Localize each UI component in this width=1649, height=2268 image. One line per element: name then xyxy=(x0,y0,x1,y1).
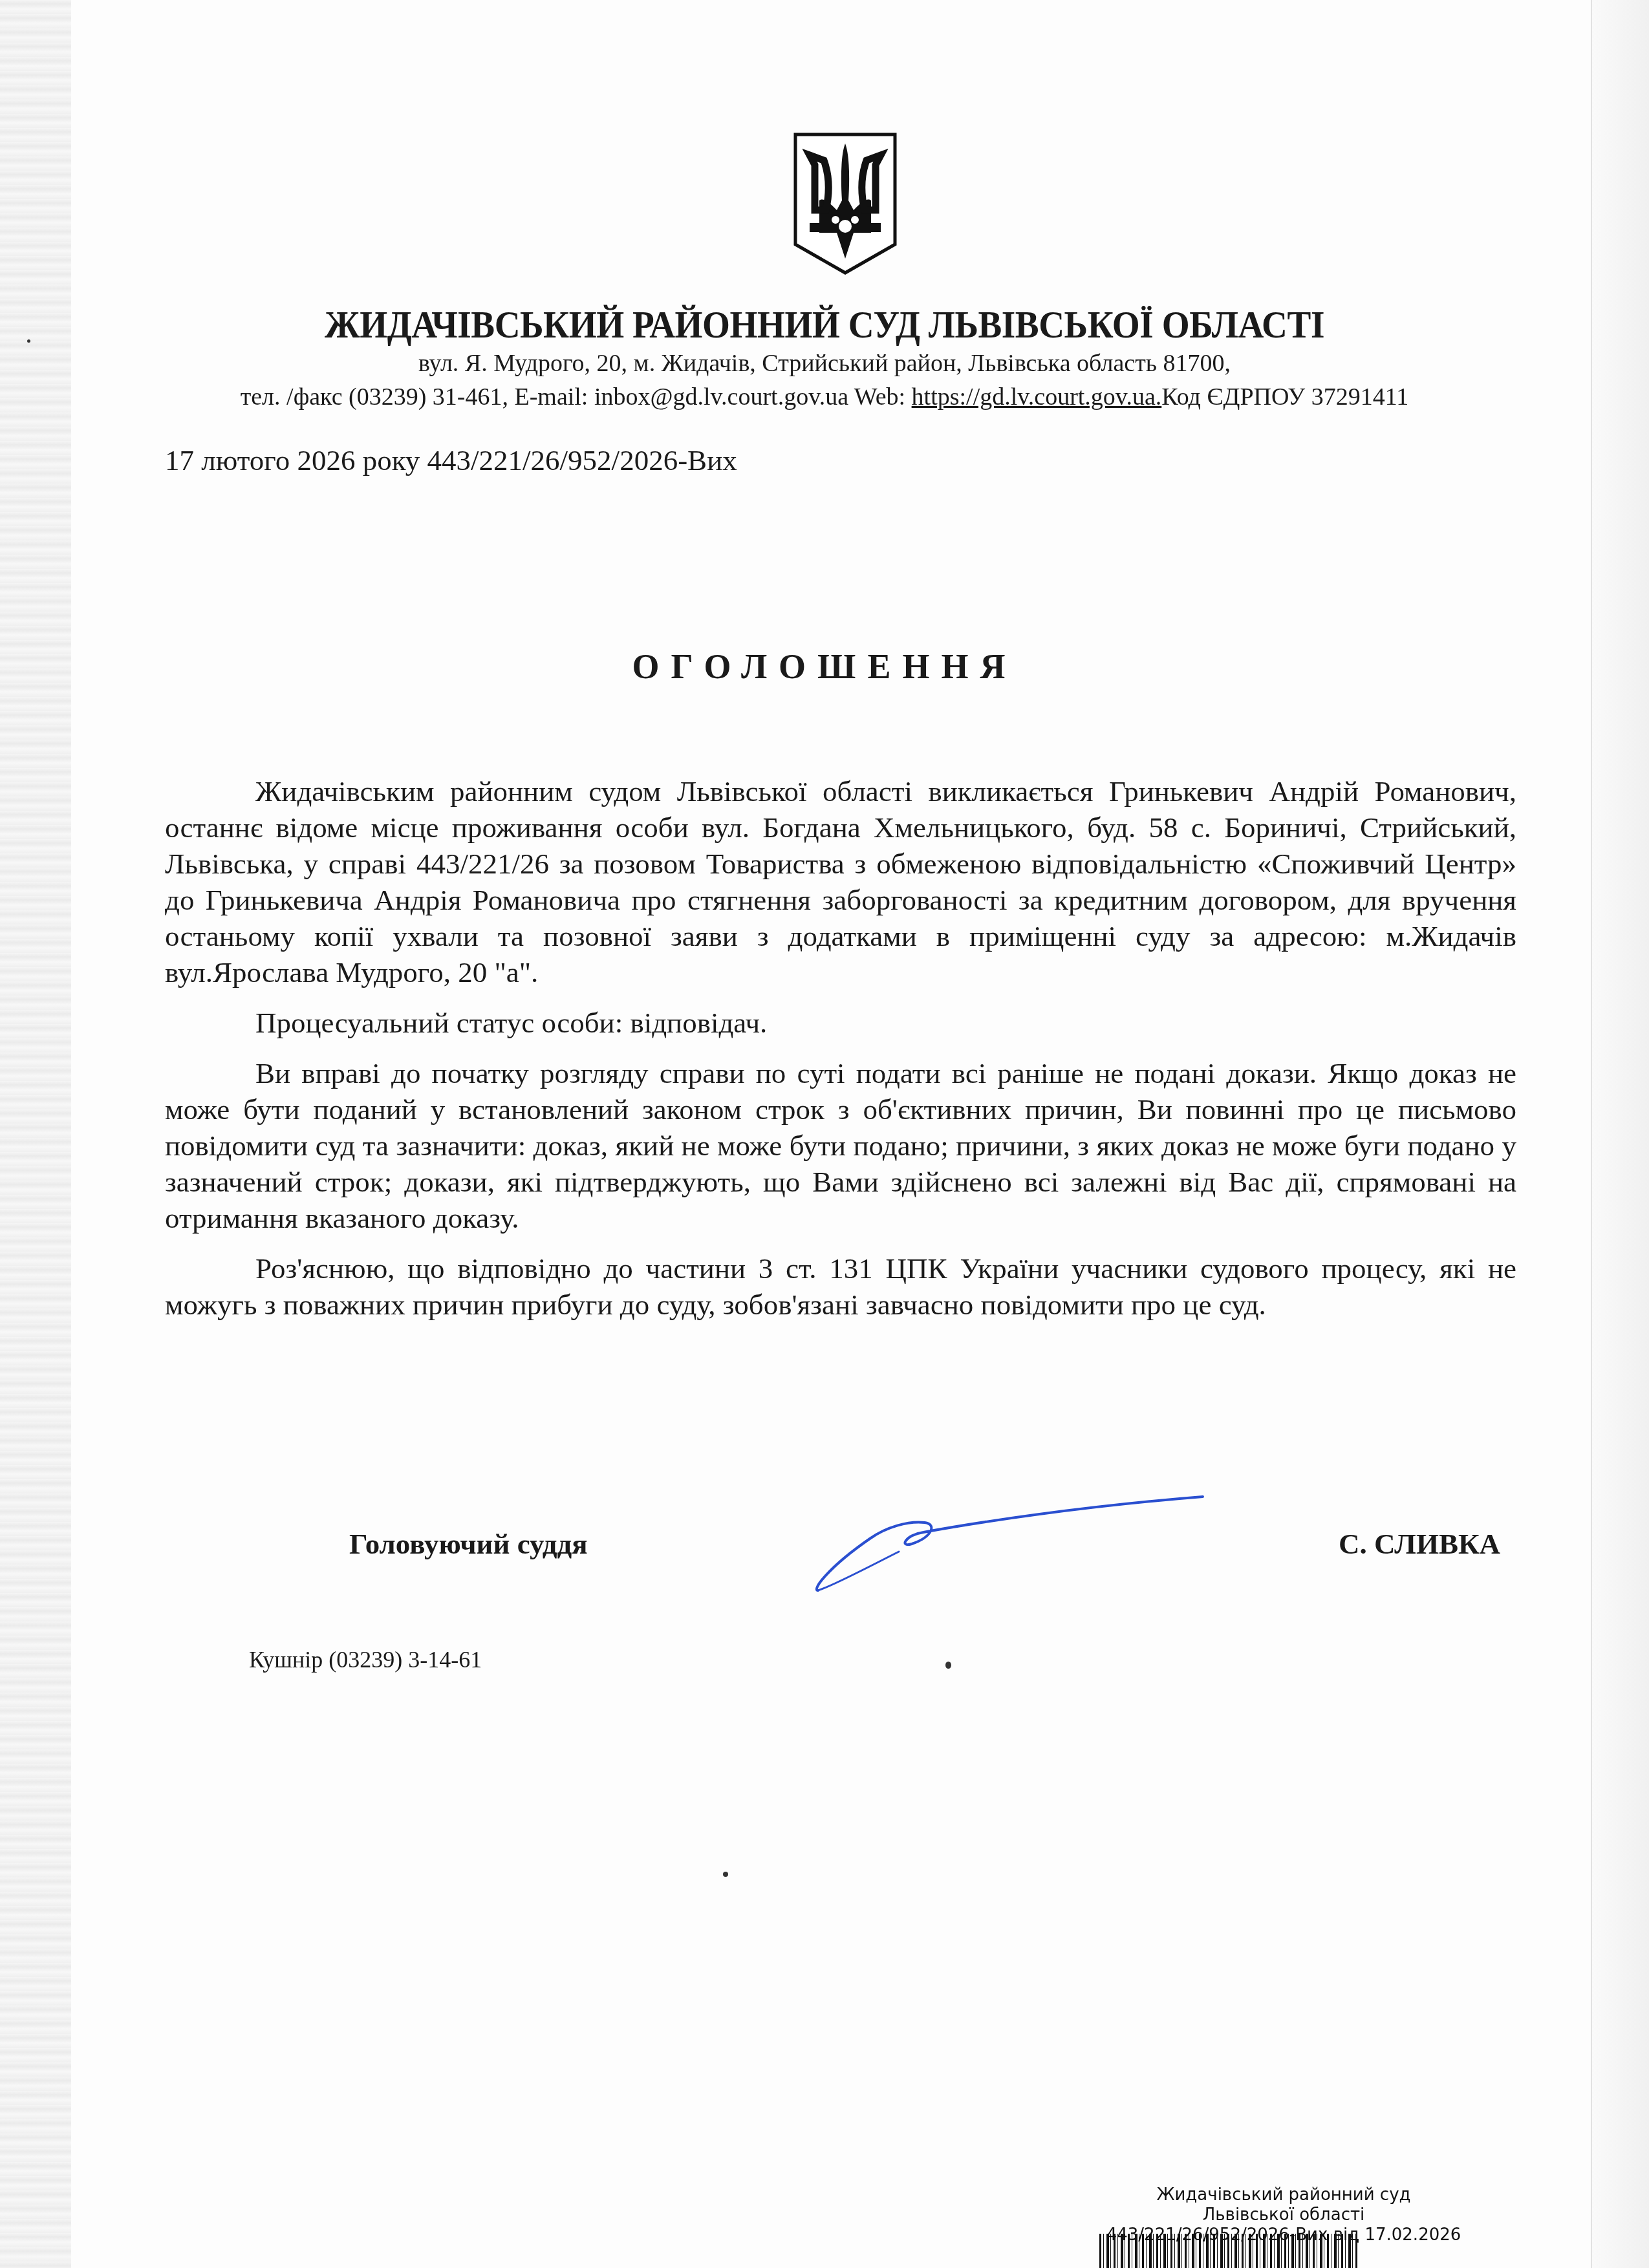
court-contacts: тел. /факс (03239) 31-461, E-mail: inbox… xyxy=(0,383,1649,411)
paragraph-summons: Жидачівським районним судом Львівської о… xyxy=(165,773,1516,990)
edrpou-code: Код ЄДРПОУ 37291411 xyxy=(1161,383,1408,411)
stamp-region: Львівської області xyxy=(1099,2205,1468,2225)
coat-of-arms-icon xyxy=(790,129,900,278)
presiding-judge-label: Головуючий суддя xyxy=(349,1527,588,1561)
outgoing-reference: 17 лютого 2026 року 443/221/26/952/2026-… xyxy=(165,444,737,477)
document-body: Жидачівським районним судом Львівської о… xyxy=(165,773,1516,1337)
paragraph-status: Процесуальний статус особи: відповідач. xyxy=(165,1005,1516,1041)
stamp-court-name: Жидачівський районний суд xyxy=(1099,2185,1468,2205)
handwritten-signature-icon xyxy=(808,1493,1209,1597)
judge-name: С. СЛИВКА xyxy=(1339,1527,1500,1561)
court-name: ЖИДАЧІВСЬКИЙ РАЙОННИЙ СУД ЛЬВІВСЬКОЇ ОБЛ… xyxy=(66,303,1583,347)
executor-contact: Кушнір (03239) 3-14-61 xyxy=(249,1646,482,1673)
scan-edge-right xyxy=(1591,0,1649,2268)
document-title: ОГОЛОШЕННЯ xyxy=(0,647,1649,687)
scan-speck xyxy=(723,1872,728,1877)
paragraph-explanation: Роз'яснюю, що відповідно до частини 3 ст… xyxy=(165,1250,1516,1323)
scan-speck xyxy=(945,1662,951,1669)
court-address: вул. Я. Мудрого, 20, м. Жидачів, Стрийсь… xyxy=(0,349,1649,378)
paragraph-evidence: Ви вправі до початку розгляду справи по … xyxy=(165,1055,1516,1236)
scan-speck xyxy=(27,339,30,343)
scan-edge-left xyxy=(0,0,71,2268)
barcode xyxy=(1099,2234,1358,2268)
court-website-link[interactable]: https://gd.lv.court.gov.ua. xyxy=(912,383,1162,411)
contacts-phone-email: тел. /факс (03239) 31-461, E-mail: inbox… xyxy=(241,383,912,411)
